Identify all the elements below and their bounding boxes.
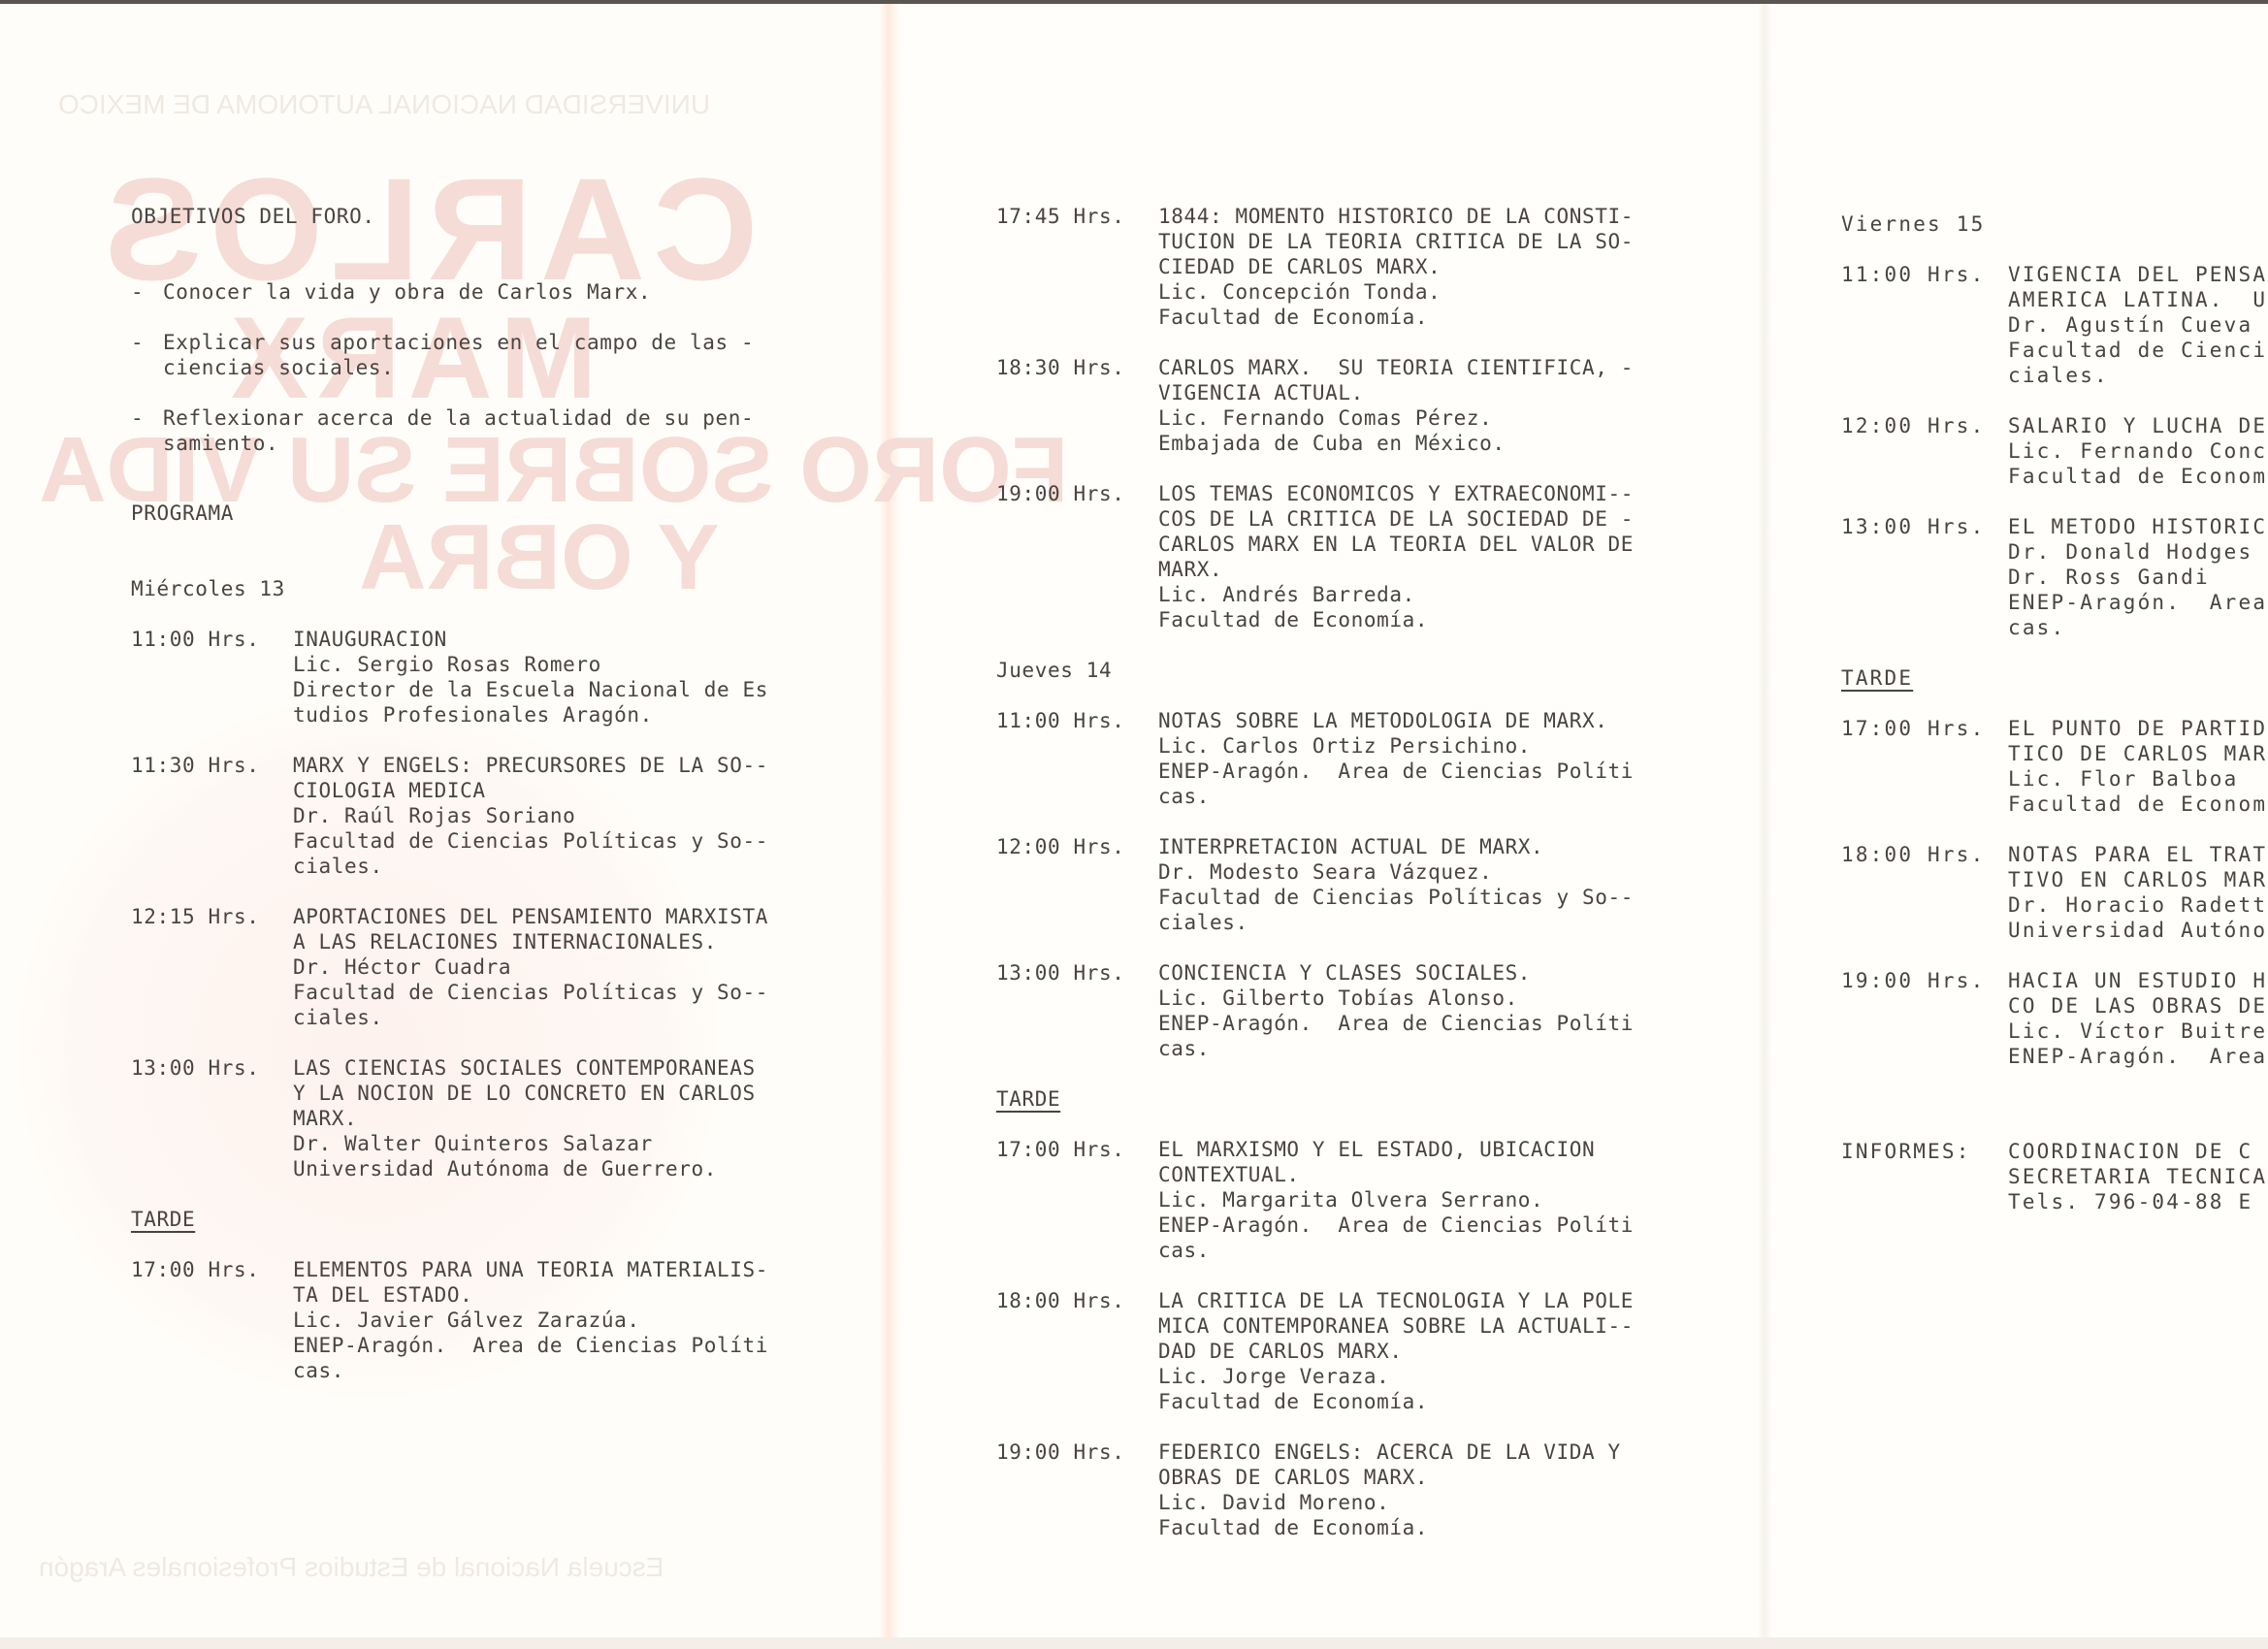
session-time: 13:00 Hrs. (131, 1055, 293, 1181)
session-details: EL PUNTO DE PARTID TICO DE CARLOS MAR Li… (2008, 716, 2268, 817)
session-time: 17:00 Hrs. (1841, 716, 2008, 817)
program-heading: PROGRAMA (131, 501, 868, 526)
session-details: EL METODO HISTORIC Dr. Donald Hodges Dr.… (2008, 514, 2268, 640)
session-time: 18:30 Hrs. (996, 355, 1158, 456)
day-heading-friday: Viernes 15 (1841, 211, 2268, 237)
session-row: 18:00 Hrs.NOTAS PARA EL TRAT TIVO EN CAR… (1841, 842, 2268, 943)
session-row: 17:00 Hrs.EL PUNTO DE PARTID TICO DE CAR… (1841, 716, 2268, 817)
session-time: 12:00 Hrs. (996, 834, 1158, 935)
session-time: 19:00 Hrs. (996, 481, 1158, 632)
session-details: INTERPRETACION ACTUAL DE MARX. Dr. Modes… (1158, 834, 1743, 935)
session-time: 11:00 Hrs. (1841, 262, 2008, 388)
session-row: 19:00 Hrs.FEDERICO ENGELS: ACERCA DE LA … (996, 1439, 1743, 1540)
session-details: 1844: MOMENTO HISTORICO DE LA CONSTI- TU… (1158, 204, 1743, 330)
session-row: 19:00 Hrs.HACIA UN ESTUDIO H CO DE LAS O… (1841, 968, 2268, 1069)
session-details: LAS CIENCIAS SOCIALES CONTEMPORANEAS Y L… (293, 1055, 868, 1181)
session-time: 12:00 Hrs. (1841, 413, 2008, 489)
session-time: 12:15 Hrs. (131, 904, 293, 1030)
day-heading-thursday: Jueves 14 (996, 658, 1743, 683)
session-time: 17:00 Hrs. (131, 1257, 293, 1383)
session-time: 19:00 Hrs. (996, 1439, 1158, 1540)
afternoon-heading: TARDE (996, 1086, 1743, 1112)
session-time: 11:00 Hrs. (131, 627, 293, 727)
objective-item: -Explicar sus aportaciones en el campo d… (131, 330, 868, 380)
objective-item: -Reflexionar acerca de la actualidad de … (131, 405, 868, 456)
scan-bottom-edge (0, 1637, 2268, 1649)
session-details: APORTACIONES DEL PENSAMIENTO MARXISTA A … (293, 904, 868, 1030)
session-time: 11:30 Hrs. (131, 753, 293, 879)
session-row: 17:00 Hrs.ELEMENTOS PARA UNA TEORIA MATE… (131, 1257, 868, 1383)
session-details: CARLOS MARX. SU TEORIA CIENTIFICA, - VIG… (1158, 355, 1743, 456)
session-row: 13:00 Hrs.LAS CIENCIAS SOCIALES CONTEMPO… (131, 1055, 868, 1181)
session-time: 13:00 Hrs. (1841, 514, 2008, 640)
left-column: OBJETIVOS DEL FORO. -Conocer la vida y o… (131, 204, 868, 1408)
session-details: CONCIENCIA Y CLASES SOCIALES. Lic. Gilbe… (1158, 960, 1743, 1061)
session-time: 18:00 Hrs. (996, 1288, 1158, 1414)
session-row: 12:15 Hrs.APORTACIONES DEL PENSAMIENTO M… (131, 904, 868, 1030)
session-row: 11:30 Hrs.MARX Y ENGELS: PRECURSORES DE … (131, 753, 868, 879)
bullet-dash: - (131, 330, 163, 380)
session-details: SALARIO Y LUCHA DE Lic. Fernando Conc Fa… (2008, 413, 2268, 489)
bullet-dash: - (131, 279, 163, 305)
session-row: 18:30 Hrs.CARLOS MARX. SU TEORIA CIENTIF… (996, 355, 1743, 456)
session-details: MARX Y ENGELS: PRECURSORES DE LA SO-- CI… (293, 753, 868, 879)
session-details: LA CRITICA DE LA TECNOLOGIA Y LA POLE MI… (1158, 1288, 1743, 1414)
objective-item: -Conocer la vida y obra de Carlos Marx. (131, 279, 868, 305)
middle-column: 17:45 Hrs.1844: MOMENTO HISTORICO DE LA … (996, 204, 1743, 1566)
session-details: NOTAS PARA EL TRAT TIVO EN CARLOS MAR Dr… (2008, 842, 2268, 943)
session-row: 11:00 Hrs.INAUGURACION Lic. Sergio Rosas… (131, 627, 868, 727)
session-details: HACIA UN ESTUDIO H CO DE LAS OBRAS DE Li… (2008, 968, 2268, 1069)
session-time: 13:00 Hrs. (996, 960, 1158, 1061)
right-column: Viernes 15 11:00 Hrs.VIGENCIA DEL PENSA … (1841, 211, 2268, 1214)
session-details: NOTAS SOBRE LA METODOLOGIA DE MARX. Lic.… (1158, 708, 1743, 809)
session-time: 17:00 Hrs. (996, 1137, 1158, 1263)
session-details: INAUGURACION Lic. Sergio Rosas Romero Di… (293, 627, 868, 727)
session-details: LOS TEMAS ECONOMICOS Y EXTRAECONOMI-- CO… (1158, 481, 1743, 632)
session-details: FEDERICO ENGELS: ACERCA DE LA VIDA Y OBR… (1158, 1439, 1743, 1540)
session-row: 18:00 Hrs.LA CRITICA DE LA TECNOLOGIA Y … (996, 1288, 1743, 1414)
session-row: 11:00 Hrs.NOTAS SOBRE LA METODOLOGIA DE … (996, 708, 1743, 809)
session-details: VIGENCIA DEL PENSA AMERICA LATINA. U Dr.… (2008, 262, 2268, 388)
session-row: 17:45 Hrs.1844: MOMENTO HISTORICO DE LA … (996, 204, 1743, 330)
objectives-heading: OBJETIVOS DEL FORO. (131, 204, 868, 229)
session-time: 17:45 Hrs. (996, 204, 1158, 330)
afternoon-heading: TARDE (131, 1207, 868, 1232)
session-row: 17:00 Hrs.EL MARXISMO Y EL ESTADO, UBICA… (996, 1137, 1743, 1263)
bullet-dash: - (131, 405, 163, 456)
fold-line-right (1758, 4, 1771, 1643)
session-details: ELEMENTOS PARA UNA TEORIA MATERIALIS- TA… (293, 1257, 868, 1383)
afternoon-heading: TARDE (1841, 665, 2268, 691)
informes-block: INFORMES: COORDINACION DE C SECRETARIA T… (1841, 1139, 2268, 1214)
session-row: 19:00 Hrs.LOS TEMAS ECONOMICOS Y EXTRAEC… (996, 481, 1743, 632)
session-row: 12:00 Hrs.INTERPRETACION ACTUAL DE MARX.… (996, 834, 1743, 935)
session-row: 13:00 Hrs.EL METODO HISTORIC Dr. Donald … (1841, 514, 2268, 640)
fold-line-left (879, 4, 900, 1643)
informes-text: COORDINACION DE C SECRETARIA TECNICA Tel… (2008, 1139, 2267, 1214)
session-time: 11:00 Hrs. (996, 708, 1158, 809)
session-details: EL MARXISMO Y EL ESTADO, UBICACION CONTE… (1158, 1137, 1743, 1263)
objectives-list: -Conocer la vida y obra de Carlos Marx. … (131, 279, 868, 456)
informes-label: INFORMES: (1841, 1139, 2008, 1214)
session-row: 13:00 Hrs.CONCIENCIA Y CLASES SOCIALES. … (996, 960, 1743, 1061)
session-time: 19:00 Hrs. (1841, 968, 2008, 1069)
session-time: 18:00 Hrs. (1841, 842, 2008, 943)
session-row: 11:00 Hrs.VIGENCIA DEL PENSA AMERICA LAT… (1841, 262, 2268, 388)
session-row: 12:00 Hrs.SALARIO Y LUCHA DE Lic. Fernan… (1841, 413, 2268, 489)
day-heading-wednesday: Miércoles 13 (131, 576, 868, 601)
